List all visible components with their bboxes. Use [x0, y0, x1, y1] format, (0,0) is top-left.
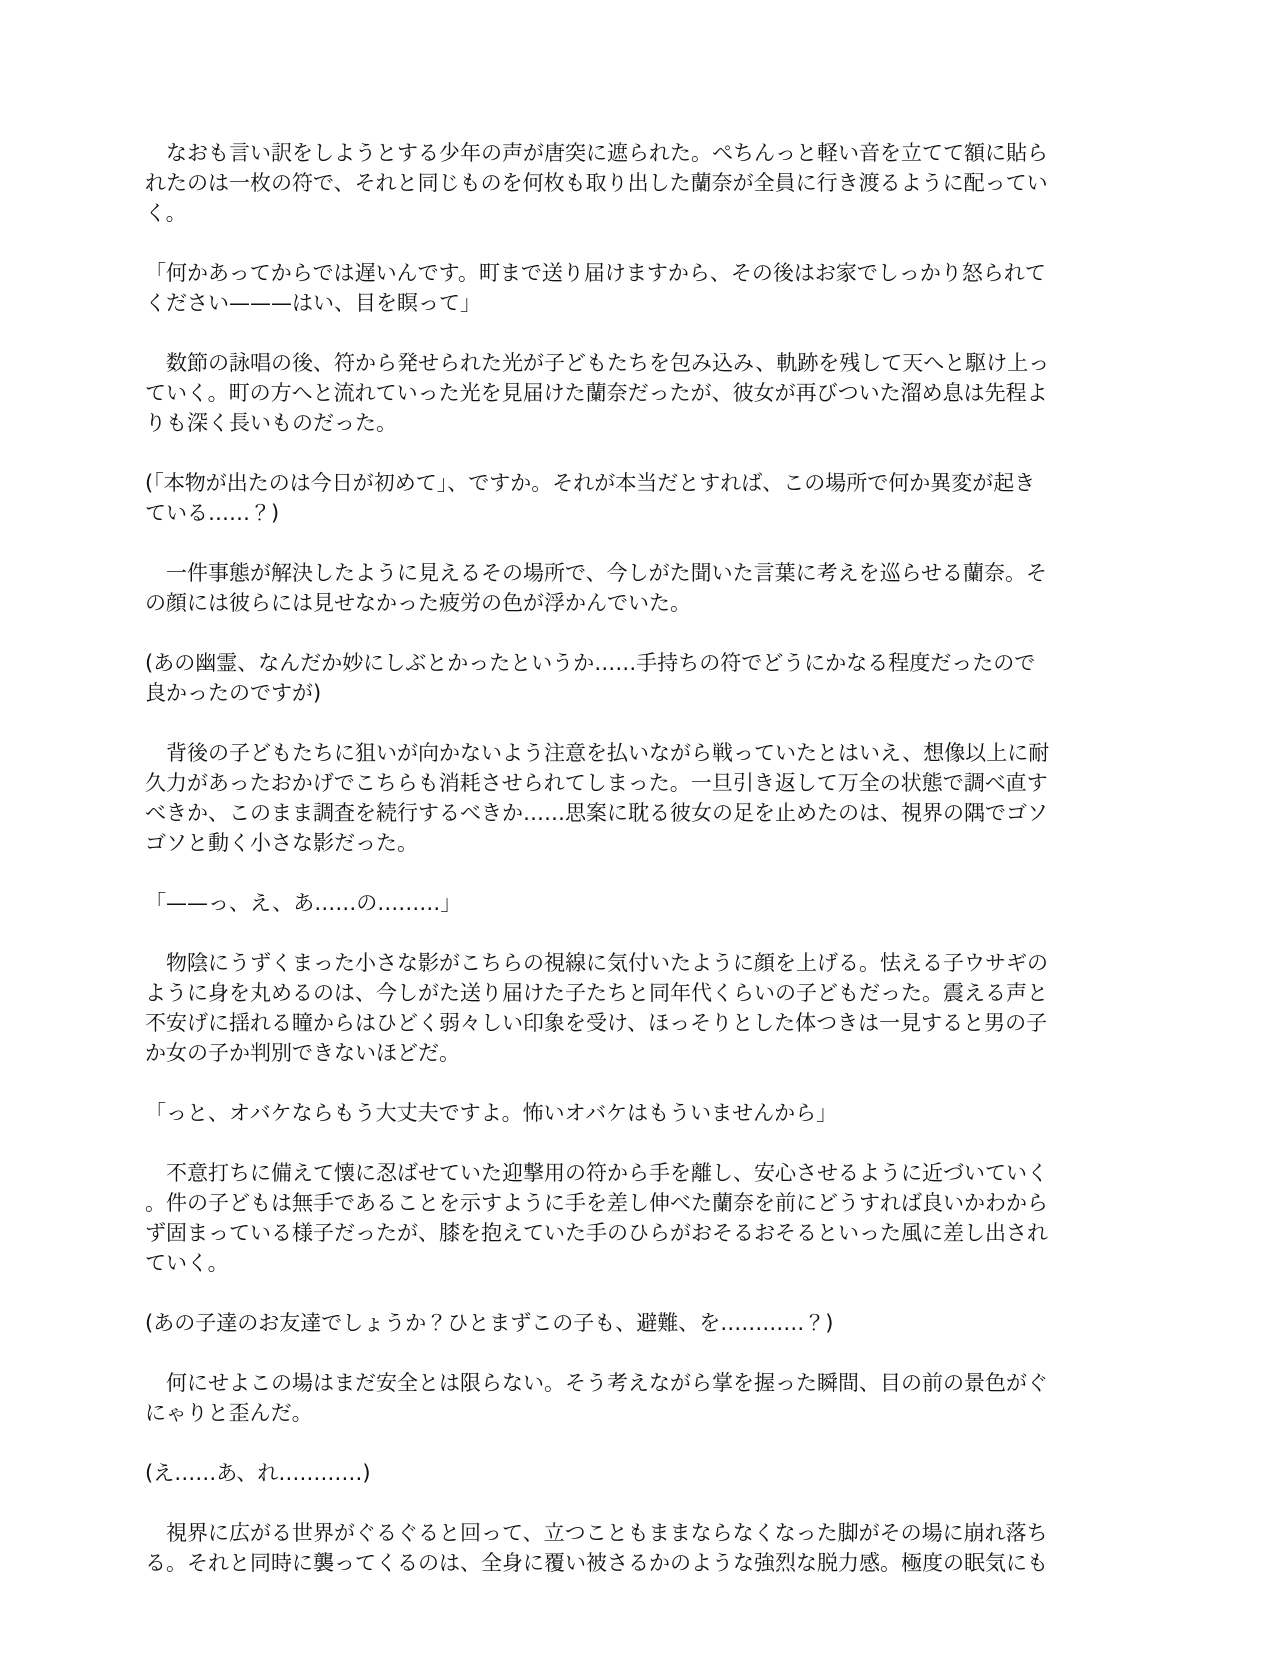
paragraph-narration: 一件事態が解決したように見えるその場所で、今しがた聞いた言葉に考えを巡らせる蘭奈… — [145, 558, 1053, 618]
document-page: なおも言い訳をしようとする少年の声が唐突に遮られた。ぺちんっと軽い音を立てて額に… — [0, 0, 1280, 1657]
paragraph-narration: 背後の子どもたちに狙いが向かないよう注意を払いながら戦っていたとはいえ、想像以上… — [145, 738, 1053, 858]
paragraph-inner-thought: (あの子達のお友達でしょうか？ひとまずこの子も、避難、を…………？) — [145, 1308, 1053, 1338]
story-text: なおも言い訳をしようとする少年の声が唐突に遮られた。ぺちんっと軽い音を立てて額に… — [145, 138, 1053, 1578]
paragraph-narration: 何にせよこの場はまだ安全とは限らない。そう考えながら掌を握った瞬間、目の前の景色… — [145, 1368, 1053, 1428]
paragraph-narration: 数節の詠唱の後、符から発せられた光が子どもたちを包み込み、軌跡を残して天へと駆け… — [145, 348, 1053, 438]
paragraph-narration: 視界に広がる世界がぐるぐると回って、立つこともままならなくなった脚がその場に崩れ… — [145, 1518, 1053, 1578]
paragraph-inner-thought: (あの幽霊、なんだか妙にしぶとかったというか……手持ちの符でどうにかなる程度だっ… — [145, 648, 1053, 708]
paragraph-dialogue: 「——っ、え、あ……の………」 — [145, 888, 1053, 918]
paragraph-narration: 物陰にうずくまった小さな影がこちらの視線に気付いたように顔を上げる。怯える子ウサ… — [145, 948, 1053, 1068]
paragraph-narration: 不意打ちに備えて懐に忍ばせていた迎撃用の符から手を離し、安心させるように近づいて… — [145, 1158, 1053, 1278]
paragraph-dialogue: 「っと、オバケならもう大丈夫ですよ。怖いオバケはもういませんから」 — [145, 1098, 1053, 1128]
paragraph-inner-thought: (え……あ、れ…………) — [145, 1458, 1053, 1488]
paragraph-narration: なおも言い訳をしようとする少年の声が唐突に遮られた。ぺちんっと軽い音を立てて額に… — [145, 138, 1053, 228]
paragraph-inner-thought: (「本物が出たのは今日が初めて」、ですか。それが本当だとすれば、この場所で何か異… — [145, 468, 1053, 528]
paragraph-dialogue: 「何かあってからでは遅いんです。町まで送り届けますから、その後はお家でしっかり怒… — [145, 258, 1053, 318]
